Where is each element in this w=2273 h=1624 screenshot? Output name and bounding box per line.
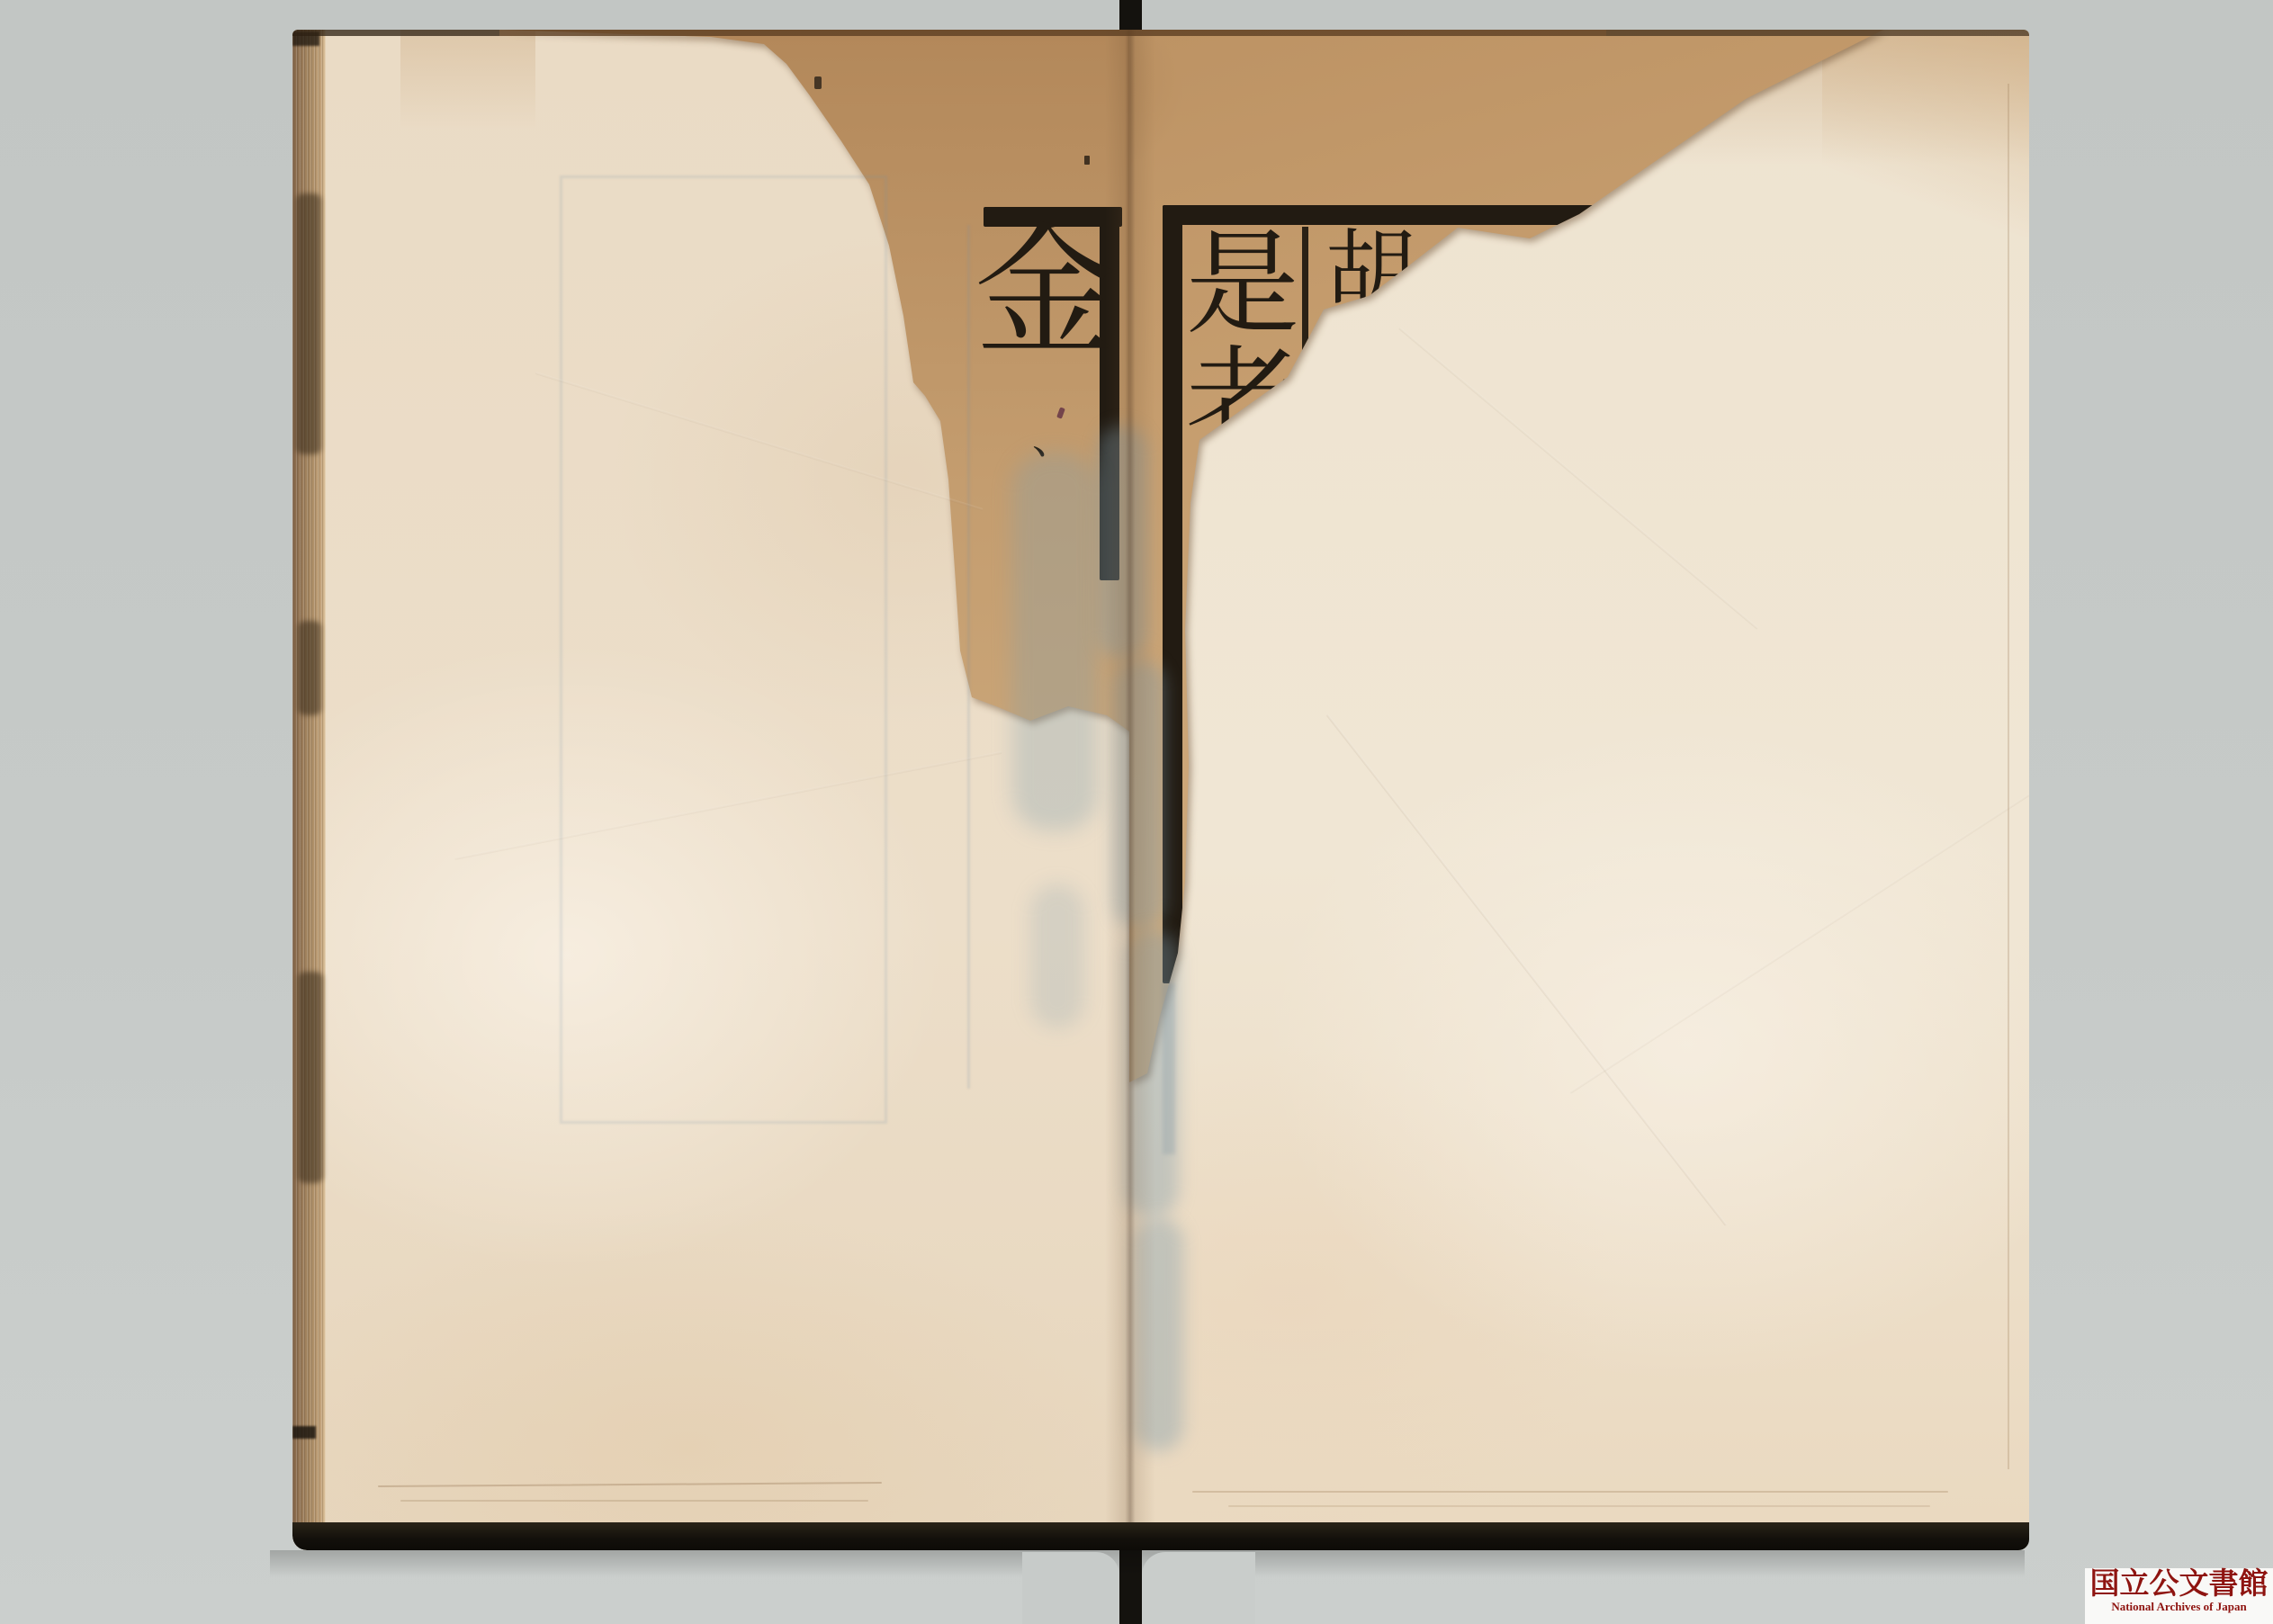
archives-watermark: 国立公文書館 National Archives of Japan [2085,1568,2273,1624]
page-edge-line-vertical [2008,84,2009,1469]
ink-speck [814,76,822,89]
spine-cover-mark [292,1426,316,1439]
kanji-kin: 金 [975,221,1102,363]
showthrough-column-line [967,225,970,1089]
showthrough-text-blur-small [1030,884,1084,1028]
page-edge-line [400,1500,868,1502]
watermark-subtitle-en: National Archives of Japan [2111,1601,2246,1612]
text-frame-left-border [1163,205,1182,983]
spine-page-edges [292,30,326,1522]
ink-speck [1084,156,1090,165]
page-edge-line [1192,1491,1948,1493]
spine-ink-stain [298,972,323,1183]
book-cover-bottom-edge [292,1522,2029,1550]
scanner-board-bottom-left [1022,1552,1119,1624]
spine-ink-stain [298,621,321,715]
showthrough-text-blur [1012,453,1098,830]
page-edge-line [1228,1505,1930,1507]
showthrough-frame-outline [560,175,887,1124]
book-top-edge [292,30,2029,36]
watermark-title-jp: 国立公文書館 [2090,1568,2269,1600]
book-spread: 金 、 是 老 胡 [292,30,2029,1550]
scanner-board-bottom-right [1142,1552,1255,1624]
scan-background: { "scan": { "left_page": { "box_title_ch… [0,0,2273,1624]
spine-ink-stain [296,193,321,454]
kanji-ze: 是 [1186,228,1287,341]
book-gutter [1105,30,1155,1522]
